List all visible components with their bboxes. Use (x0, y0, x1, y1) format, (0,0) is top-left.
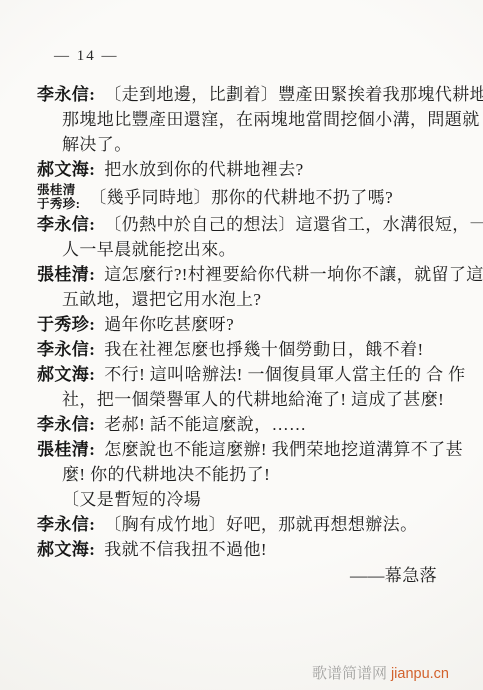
stage-entry: 〔又是暫短的冷場 (37, 487, 455, 512)
speaker-name: 李永信: (37, 85, 95, 104)
dialogue-text: 老郝! 話不能這麼說，…… (104, 415, 306, 434)
dialogue-text: 不行! 這叫啥辦法! 一個復員軍人當主任的 合 作 (104, 365, 465, 384)
speaker-name: 郝文海: (37, 365, 95, 384)
script-line: 李永信:老郝! 話不能這麼說，…… (37, 412, 455, 437)
dialogue-text: 麼! 你的代耕地决不能扔了! (62, 465, 270, 484)
dialogue-entry: 于秀珍:過年你吃甚麼呀? (37, 312, 455, 337)
script-line: 李永信:我在社裡怎麼也掙幾十個勞動日，餓不着! (37, 337, 455, 362)
dialogue-text: 把水放到你的代耕地裡去? (104, 160, 303, 179)
speaker-name: 李永信: (37, 515, 95, 534)
script-line: 郝文海:把水放到你的代耕地裡去? (37, 157, 455, 182)
speaker-name: 李永信: (37, 340, 95, 359)
curtain-note: ——幕急落 (350, 566, 437, 585)
script-line: 張桂清:這怎麼行?!村裡要給你代耕一垧你不讓，就留了這 (37, 262, 455, 287)
page-number: — 14 — (54, 48, 119, 65)
dialogue-text: 五畝地，還把它用水泡上? (62, 290, 261, 309)
speaker-name-top: 張桂清 (37, 183, 80, 197)
dialogue-entry: 李永信:〔胸有成竹地〕好吧，那就再想想辦法。 (37, 512, 455, 537)
script-line: 那塊地比豐產田還窪，在兩塊地當間挖個小溝，問題就 (37, 107, 455, 132)
dialogue-text: 〔走到地邊，比劃着〕豐產田緊挨着我那塊代耕地， (104, 85, 483, 104)
speaker-name: 李永信: (37, 215, 95, 234)
dialogue-entry: 李永信:老郝! 話不能這麼說，…… (37, 412, 455, 437)
dialogue-text: 解决了。 (62, 135, 132, 154)
script-line: 于秀珍:過年你吃甚麼呀? (37, 312, 455, 337)
speaker-name: 張桂清: (37, 440, 95, 459)
script-line: 解决了。 (37, 132, 455, 157)
script-line: 李永信:〔胸有成竹地〕好吧，那就再想想辦法。 (37, 512, 455, 537)
dialogue-text: 怎麼說也不能這麼辦! 我們荣地挖道溝算不了甚 (104, 440, 463, 459)
dialogue-entry: 郝文海:不行! 這叫啥辦法! 一個復員軍人當主任的 合 作社，把一個榮譽軍人的代… (37, 362, 455, 412)
speaker-name-bottom: 于秀珍: (37, 197, 80, 211)
dialogue-text: 這怎麼行?!村裡要給你代耕一垧你不讓，就留了這 (104, 265, 483, 284)
dialogue-entry: 張桂清:這怎麼行?!村裡要給你代耕一垧你不讓，就留了這五畝地，還把它用水泡上? (37, 262, 455, 312)
speaker-name: 郝文海: (37, 160, 95, 179)
script-line: 張桂清于秀珍:〔幾乎同時地〕那你的代耕地不扔了嗎? (37, 182, 455, 212)
speaker-name: 郝文海: (37, 540, 95, 559)
script-line: 人一早晨就能挖出來。 (37, 237, 455, 262)
script-line: 五畝地，還把它用水泡上? (37, 287, 455, 312)
script-line: 〔又是暫短的冷場 (37, 487, 455, 512)
script-line: 麼! 你的代耕地决不能扔了! (37, 462, 455, 487)
dialogue-text: 〔幾乎同時地〕那你的代耕地不扔了嗎? (89, 185, 393, 210)
dialogue-text: 〔胸有成竹地〕好吧，那就再想想辦法。 (104, 515, 417, 534)
watermark-site-url: jianpu.cn (391, 666, 449, 682)
dialogue-text: 社，把一個榮譽軍人的代耕地給淹了! 這成了甚麼! (62, 390, 444, 409)
dialogue-text: 過年你吃甚麼呀? (104, 315, 234, 334)
curtain-entry: ——幕急落 (37, 563, 455, 588)
script-line: 郝文海:我就不信我扭不過他! (37, 537, 455, 562)
dialogue-entry: 張桂清:怎麼說也不能這麼辦! 我們荣地挖道溝算不了甚麼! 你的代耕地决不能扔了! (37, 437, 455, 487)
speaker-name: 李永信: (37, 415, 95, 434)
dialogue-text: 我在社裡怎麼也掙幾十個勞動日，餓不着! (104, 340, 423, 359)
speaker-name: 張桂清: (37, 265, 95, 284)
script-line: 張桂清:怎麼說也不能這麼辦! 我們荣地挖道溝算不了甚 (37, 437, 455, 462)
script-line: 社，把一個榮譽軍人的代耕地給淹了! 這成了甚麼! (37, 387, 455, 412)
dialogue-text: 那塊地比豐產田還窪，在兩塊地當間挖個小溝，問題就 (62, 110, 480, 129)
speaker-name: 張桂清于秀珍: (37, 183, 80, 211)
dialogue-entry: 李永信:〔走到地邊，比劃着〕豐產田緊挨着我那塊代耕地，那塊地比豐產田還窪，在兩塊… (37, 82, 455, 157)
dialogue-entry: 李永信:〔仍熱中於自己的想法〕這還省工，水溝很短，一個人一早晨就能挖出來。 (37, 212, 455, 262)
speaker-name: 于秀珍: (37, 315, 95, 334)
dialogue-text: 我就不信我扭不過他! (104, 540, 267, 559)
dialogue-entry: 郝文海:我就不信我扭不過他! (37, 537, 455, 562)
watermark-site-name: 歌谱简谱网 (312, 666, 387, 682)
dialogue-list: 李永信:〔走到地邊，比劃着〕豐產田緊挨着我那塊代耕地，那塊地比豐產田還窪，在兩塊… (37, 82, 455, 588)
script-line: 李永信:〔仍熱中於自己的想法〕這還省工，水溝很短，一個 (37, 212, 455, 237)
watermark: 歌谱简谱网jianpu.cn (312, 662, 449, 683)
dialogue-entry: 李永信:我在社裡怎麼也掙幾十個勞動日，餓不着! (37, 337, 455, 362)
dialogue-entry: 郝文海:把水放到你的代耕地裡去? (37, 157, 455, 182)
scanned-script-page: — 14 — 李永信:〔走到地邊，比劃着〕豐產田緊挨着我那塊代耕地，那塊地比豐產… (0, 0, 483, 690)
dialogue-text: 〔仍熱中於自己的想法〕這還省工，水溝很短，一個 (104, 215, 483, 234)
script-line: 李永信:〔走到地邊，比劃着〕豐產田緊挨着我那塊代耕地， (37, 82, 455, 107)
dialogue-text: 人一早晨就能挖出來。 (62, 240, 236, 259)
script-line: 郝文海:不行! 這叫啥辦法! 一個復員軍人當主任的 合 作 (37, 362, 455, 387)
stage-direction-text: 〔又是暫短的冷場 (62, 490, 201, 509)
dialogue-entry: 張桂清于秀珍:〔幾乎同時地〕那你的代耕地不扔了嗎? (37, 182, 455, 212)
